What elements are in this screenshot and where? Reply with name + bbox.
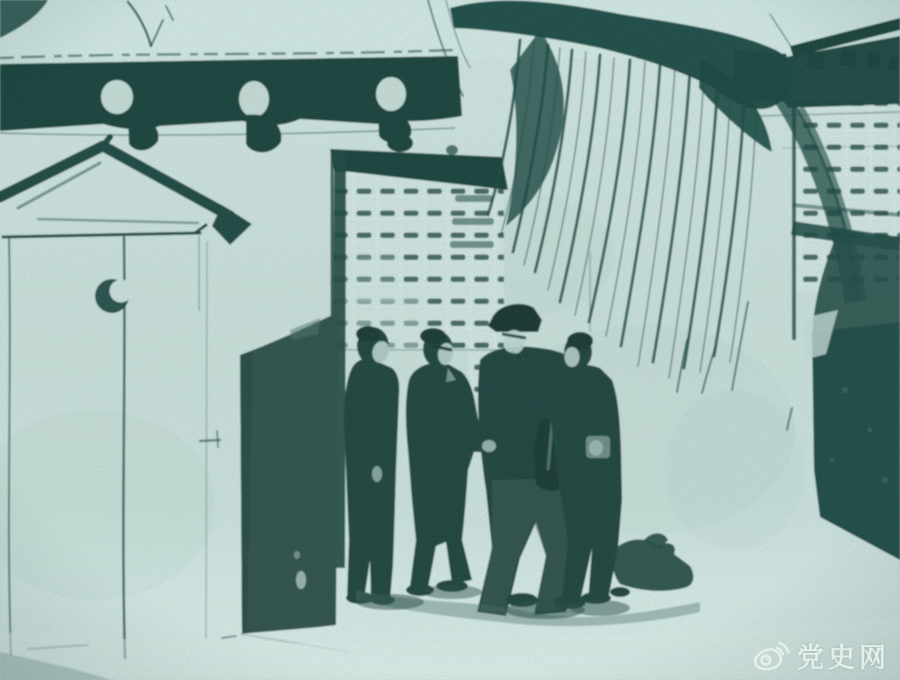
photo-scene bbox=[0, 0, 900, 680]
historical-photo: 党史网 bbox=[0, 0, 900, 680]
vignette bbox=[0, 0, 900, 680]
